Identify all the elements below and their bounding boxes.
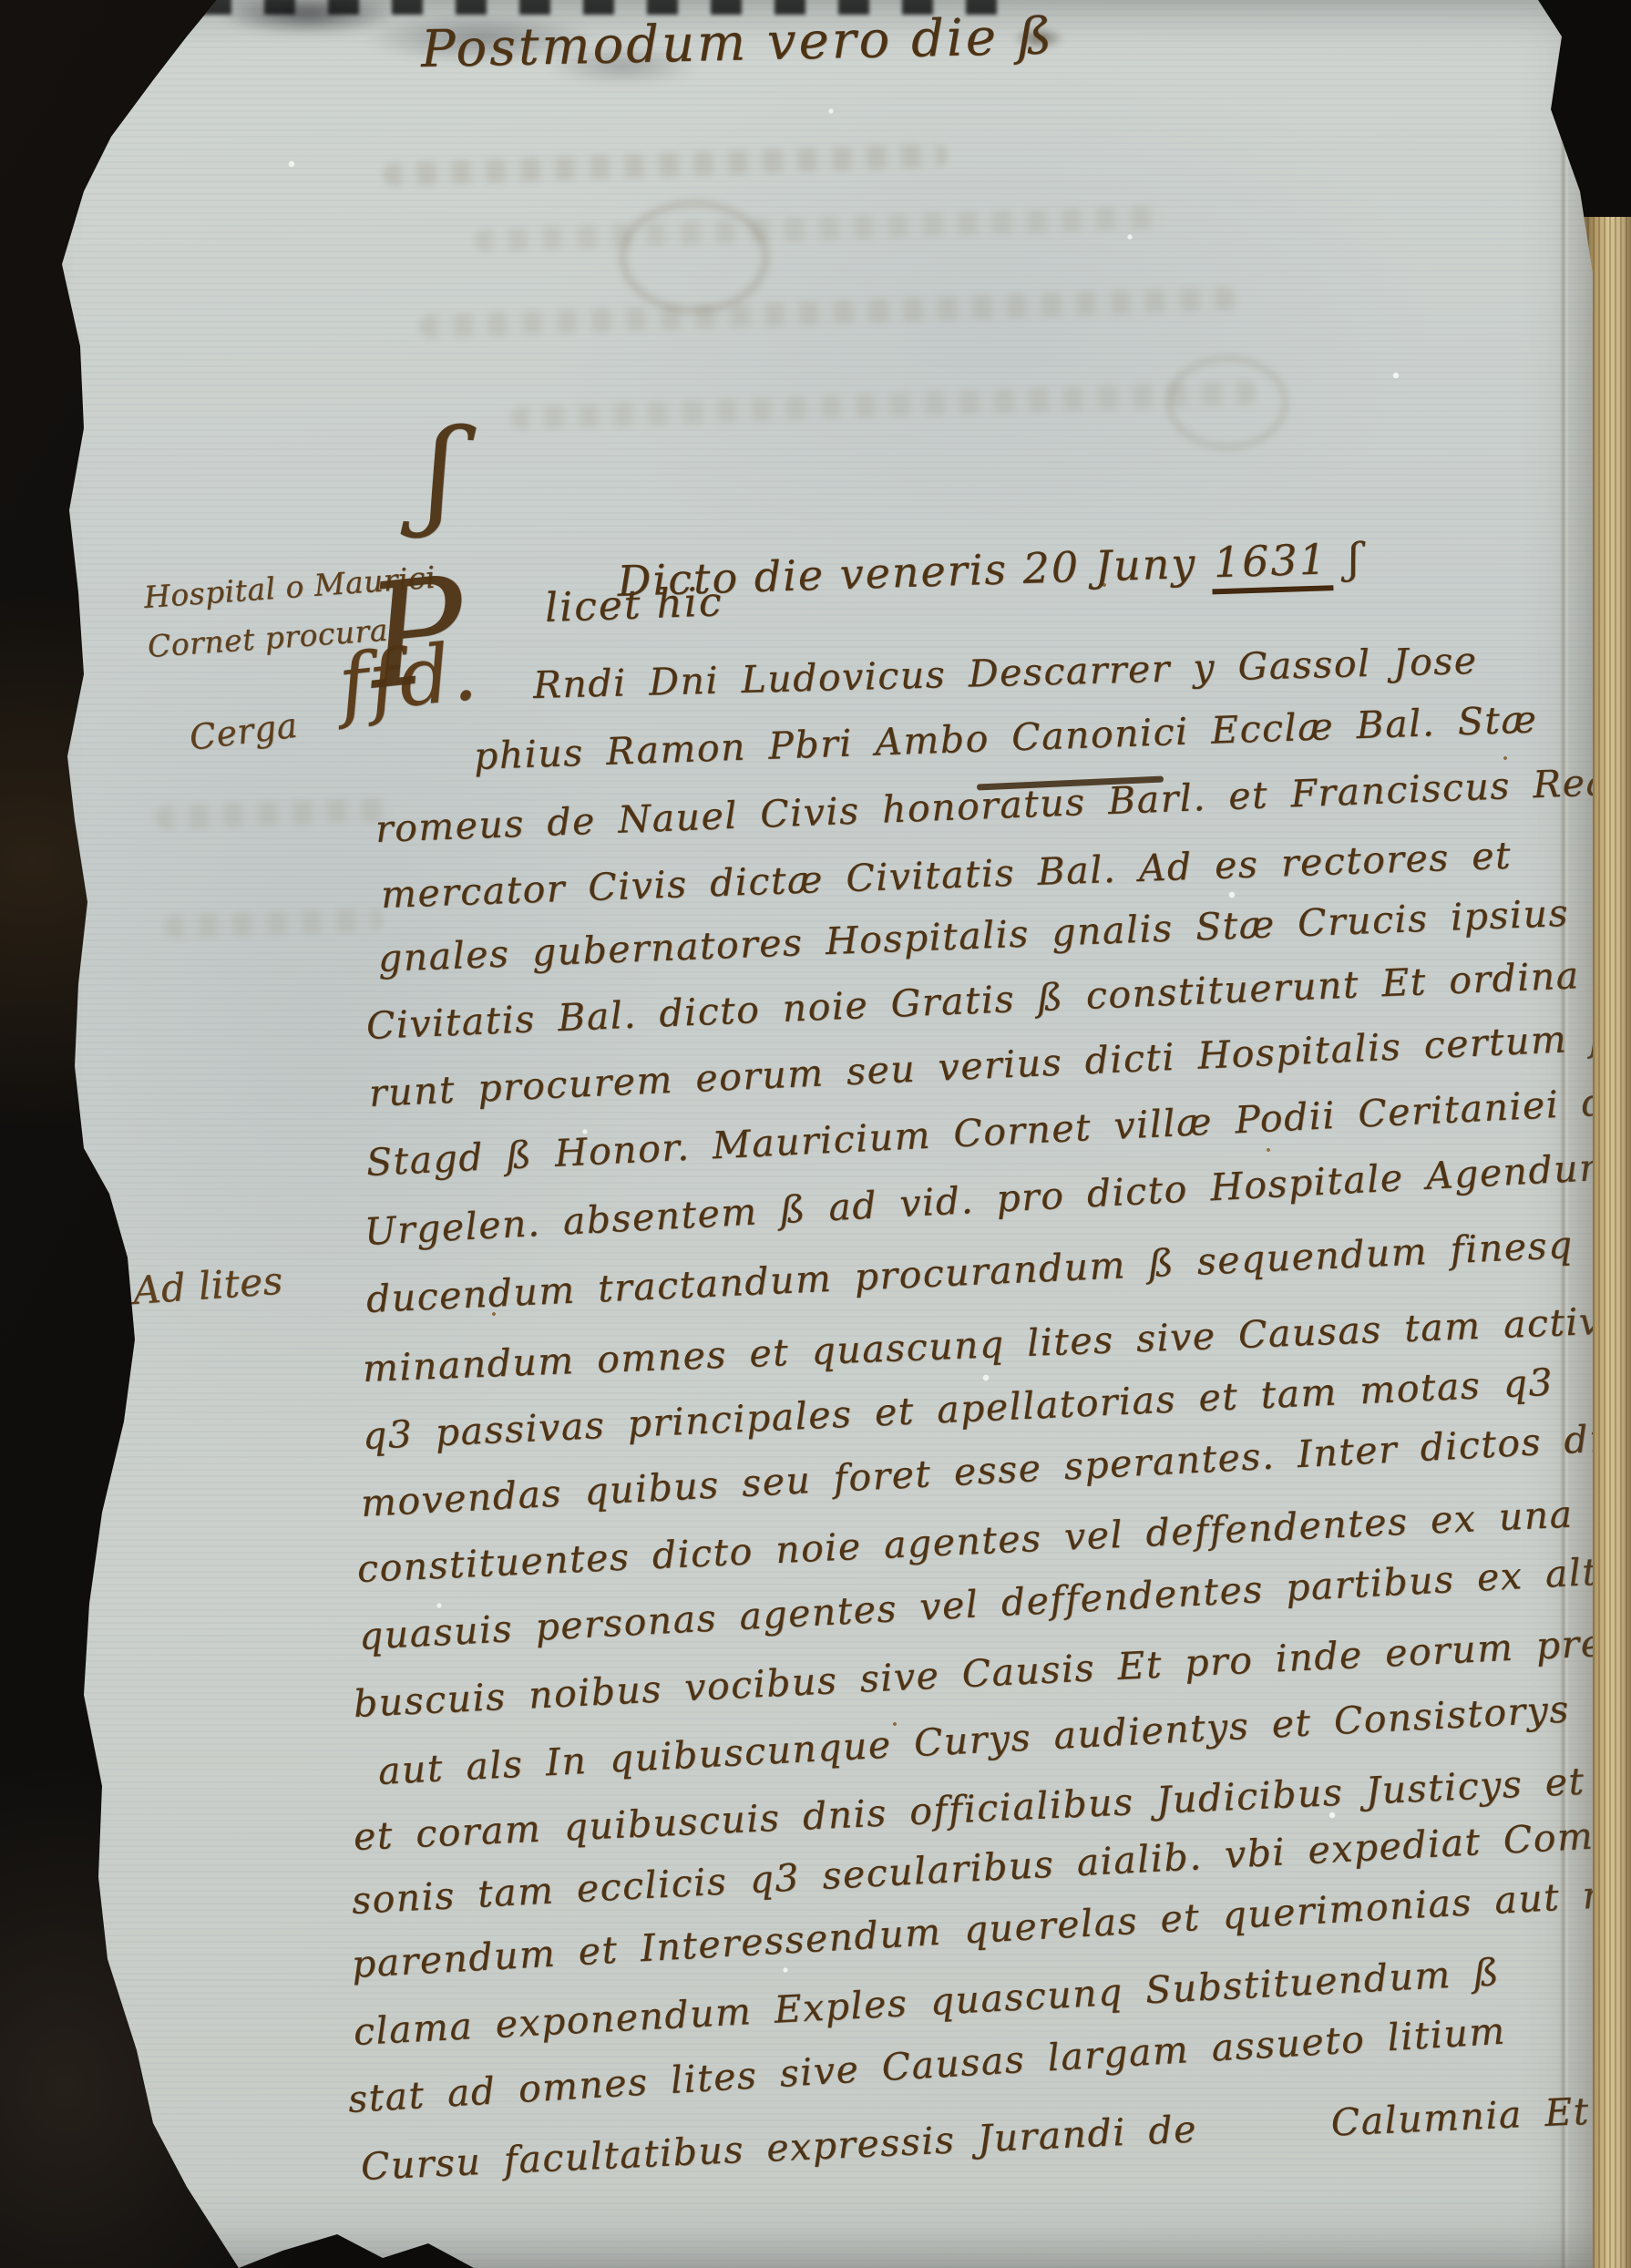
showthrough-ghost-writing	[419, 286, 1239, 338]
dateline: Dicto die veneris 20 Juny 1631 ʃ	[524, 484, 1363, 665]
showthrough-ghost-writing	[474, 205, 1166, 253]
body-line: phius Ramon Pbri Ambo Canonici Ecclæ Bal…	[473, 697, 1538, 778]
margin-note-cerga: Cerga	[187, 705, 300, 758]
page-heading: Postmodum vero die ß	[420, 6, 1054, 79]
showthrough-ghost-writing	[510, 381, 1257, 431]
photograph-dark-background: Postmodum vero die ß ʃ Dicto die veneris…	[0, 0, 1631, 2268]
right-fold-line	[1560, 0, 1569, 2268]
showthrough-ghost-writing	[383, 143, 949, 187]
margin-note-ad-lites: Ad lites	[131, 1258, 284, 1313]
initial-flourish: P	[361, 557, 472, 710]
dateline-year: 1631	[1211, 534, 1334, 594]
dateline-subline: licet hic	[544, 579, 723, 631]
showthrough-ghost-flourish	[1166, 355, 1288, 450]
showthrough-ghost-writing	[164, 908, 384, 939]
showthrough-ghost-flourish	[620, 200, 769, 313]
manuscript-page: Postmodum vero die ß ʃ Dicto die veneris…	[0, 0, 1593, 2268]
dateline-tail-flourish: ʃ	[1332, 533, 1362, 583]
dateline-lead-flourish: ʃ	[423, 412, 459, 531]
showthrough-ghost-writing	[155, 797, 393, 829]
